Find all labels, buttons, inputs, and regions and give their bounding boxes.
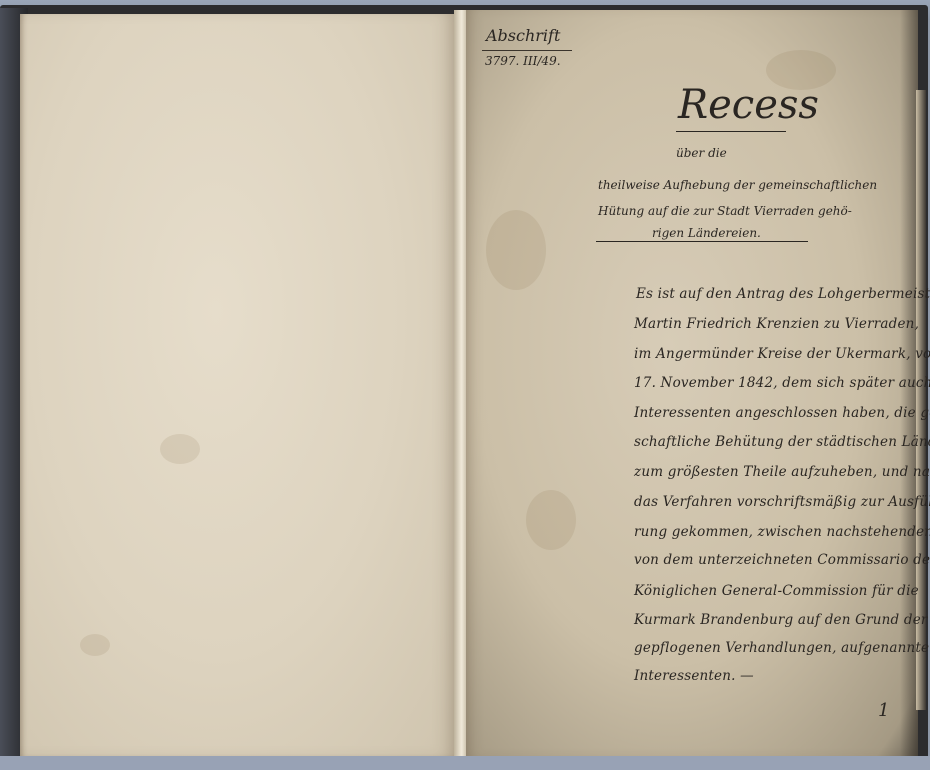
body-line: zum größesten Theile aufzuheben, und nac… [634,464,930,480]
archive-note: Abschrift [486,26,560,45]
body-line: Martin Friedrich Krenzien zu Vierraden, [634,316,919,332]
body-line: 17. November 1842, dem sich später auch … [634,375,930,391]
body-line: gepflogenen Verhandlungen, aufgenannten [634,640,930,656]
paper-stain [80,634,110,656]
paper-stain [160,434,200,464]
body-line: im Angermünder Kreise der Ukermark, vom [634,346,930,362]
background-surface-bottom [0,756,930,770]
body-line: Königlichen General-Commission für die [634,583,919,599]
body-line: Es ist auf den Antrag des Lohgerbermeist… [636,286,930,302]
paper-stain [526,490,576,550]
body-line: schaftliche Behütung der städtischen Län… [634,434,930,450]
archive-note-underline [482,50,572,51]
body-line: das Verfahren vorschriftsmäßig zur Ausfü… [634,494,930,510]
body-line: von dem unterzeichneten Commissario der [634,552,930,568]
left-page-blank [20,14,456,756]
title-underline [676,131,786,132]
subtitle-line: Hütung auf die zur Stadt Vierraden gehö- [598,204,852,218]
paper-stain [486,210,546,290]
page-number: 1 [878,700,889,721]
subtitle-underline [596,241,808,242]
shelf-mark: 3797. III/49. [485,54,561,68]
body-line: rung gekommen, zwischen nachstehenden [634,524,930,540]
document-title: Recess [678,82,819,128]
subtitle-line: theilweise Aufhebung der gemeinschaftlic… [598,178,877,192]
body-line: Kurmark Brandenburg auf den Grund der [634,612,928,628]
body-line: Interessenten angeschlossen haben, die g… [634,405,930,421]
subtitle-line: über die [676,146,727,160]
body-line: Interessenten. — [634,668,754,684]
subtitle-line: rigen Ländereien. [652,226,761,240]
